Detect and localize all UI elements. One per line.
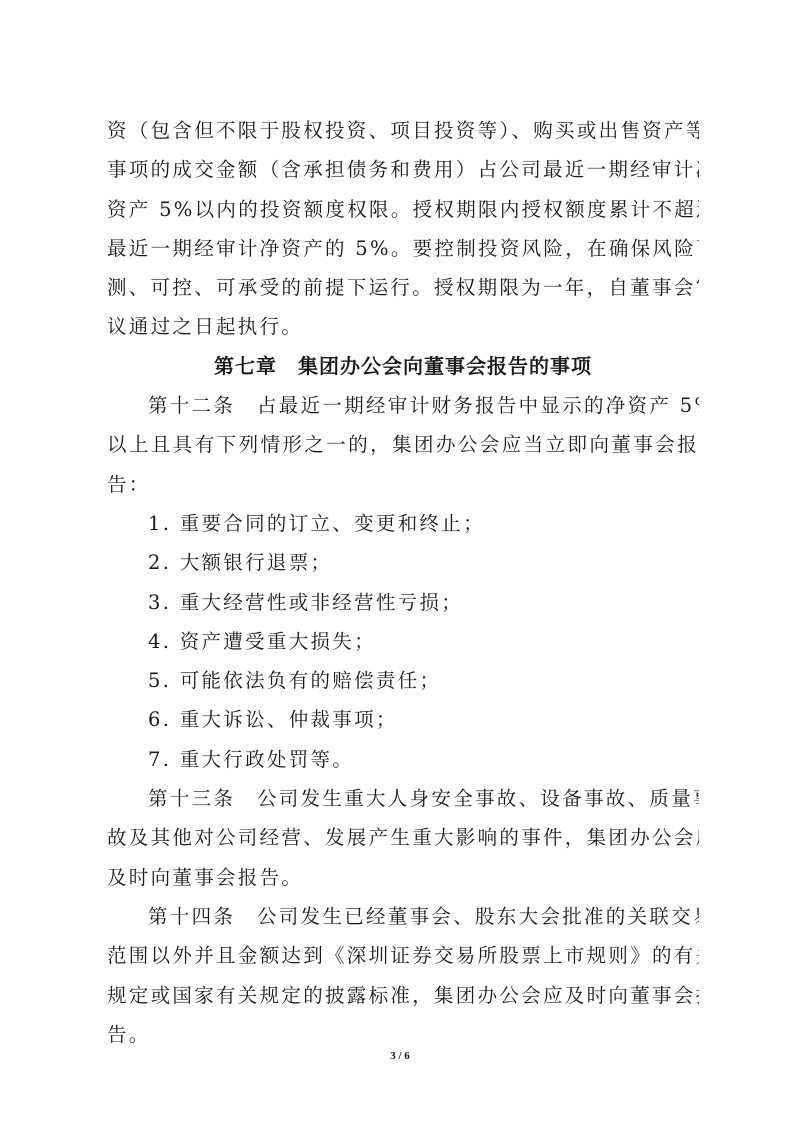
article-line: 第十三条 公司发生重大人身安全事故、设备事故、质量事 — [107, 779, 699, 818]
article-line: 第十四条 公司发生已经董事会、股东大会批准的关联交易 — [107, 897, 699, 936]
paragraph-line: 资产 5%以内的投资额度权限。授权期限内授权额度累计不超过 — [107, 190, 699, 229]
chapter-heading: 第七章 集团办公会向董事会报告的事项 — [107, 347, 699, 386]
document-body: 资（包含但不限于股权投资、项目投资等）、购买或出售资产等 事项的成交金额（含承担… — [107, 111, 699, 1054]
paragraph-line: 资（包含但不限于股权投资、项目投资等）、购买或出售资产等 — [107, 111, 699, 150]
article-line: 及时向董事会报告。 — [107, 858, 699, 897]
article-line: 故及其他对公司经营、发展产生重大影响的事件，集团办公会应 — [107, 818, 699, 857]
continuation-paragraph: 资（包含但不限于股权投资、项目投资等）、购买或出售资产等 事项的成交金额（含承担… — [107, 111, 699, 347]
paragraph-line: 最近一期经审计净资产的 5%。要控制投资风险，在确保风险可 — [107, 229, 699, 268]
page-number: 3 / 6 — [0, 1050, 800, 1062]
list-item: 1. 重要合同的订立、变更和终止； — [107, 504, 699, 543]
article-12-list: 1. 重要合同的订立、变更和终止； 2. 大额银行退票； 3. 重大经营性或非经… — [107, 504, 699, 779]
paragraph-line: 测、可控、可承受的前提下运行。授权期限为一年，自董事会审 — [107, 268, 699, 307]
list-item: 6. 重大诉讼、仲裁事项； — [107, 700, 699, 739]
article-13: 第十三条 公司发生重大人身安全事故、设备事故、质量事 故及其他对公司经营、发展产… — [107, 779, 699, 897]
paragraph-line: 事项的成交金额（含承担债务和费用）占公司最近一期经审计净 — [107, 150, 699, 189]
article-line: 范围以外并且金额达到《深圳证券交易所股票上市规则》的有关 — [107, 936, 699, 975]
article-14: 第十四条 公司发生已经董事会、股东大会批准的关联交易 范围以外并且金额达到《深圳… — [107, 897, 699, 1054]
list-item: 4. 资产遭受重大损失； — [107, 622, 699, 661]
document-page: 资（包含但不限于股权投资、项目投资等）、购买或出售资产等 事项的成交金额（含承担… — [0, 0, 800, 1131]
article-line: 告。 — [107, 1015, 699, 1054]
article-line: 规定或国家有关规定的披露标准，集团办公会应及时向董事会报 — [107, 976, 699, 1015]
list-item: 7. 重大行政处罚等。 — [107, 740, 699, 779]
paragraph-line: 议通过之日起执行。 — [107, 307, 699, 346]
list-item: 5. 可能依法负有的赔偿责任； — [107, 661, 699, 700]
article-12: 第十二条 占最近一期经审计财务报告中显示的净资产 5% 以上且具有下列情形之一的… — [107, 386, 699, 779]
list-item: 2. 大额银行退票； — [107, 543, 699, 582]
article-line: 以上且具有下列情形之一的，集团办公会应当立即向董事会报 — [107, 425, 699, 464]
list-item: 3. 重大经营性或非经营性亏损； — [107, 583, 699, 622]
article-line: 告： — [107, 465, 699, 504]
article-line: 第十二条 占最近一期经审计财务报告中显示的净资产 5% — [107, 386, 699, 425]
